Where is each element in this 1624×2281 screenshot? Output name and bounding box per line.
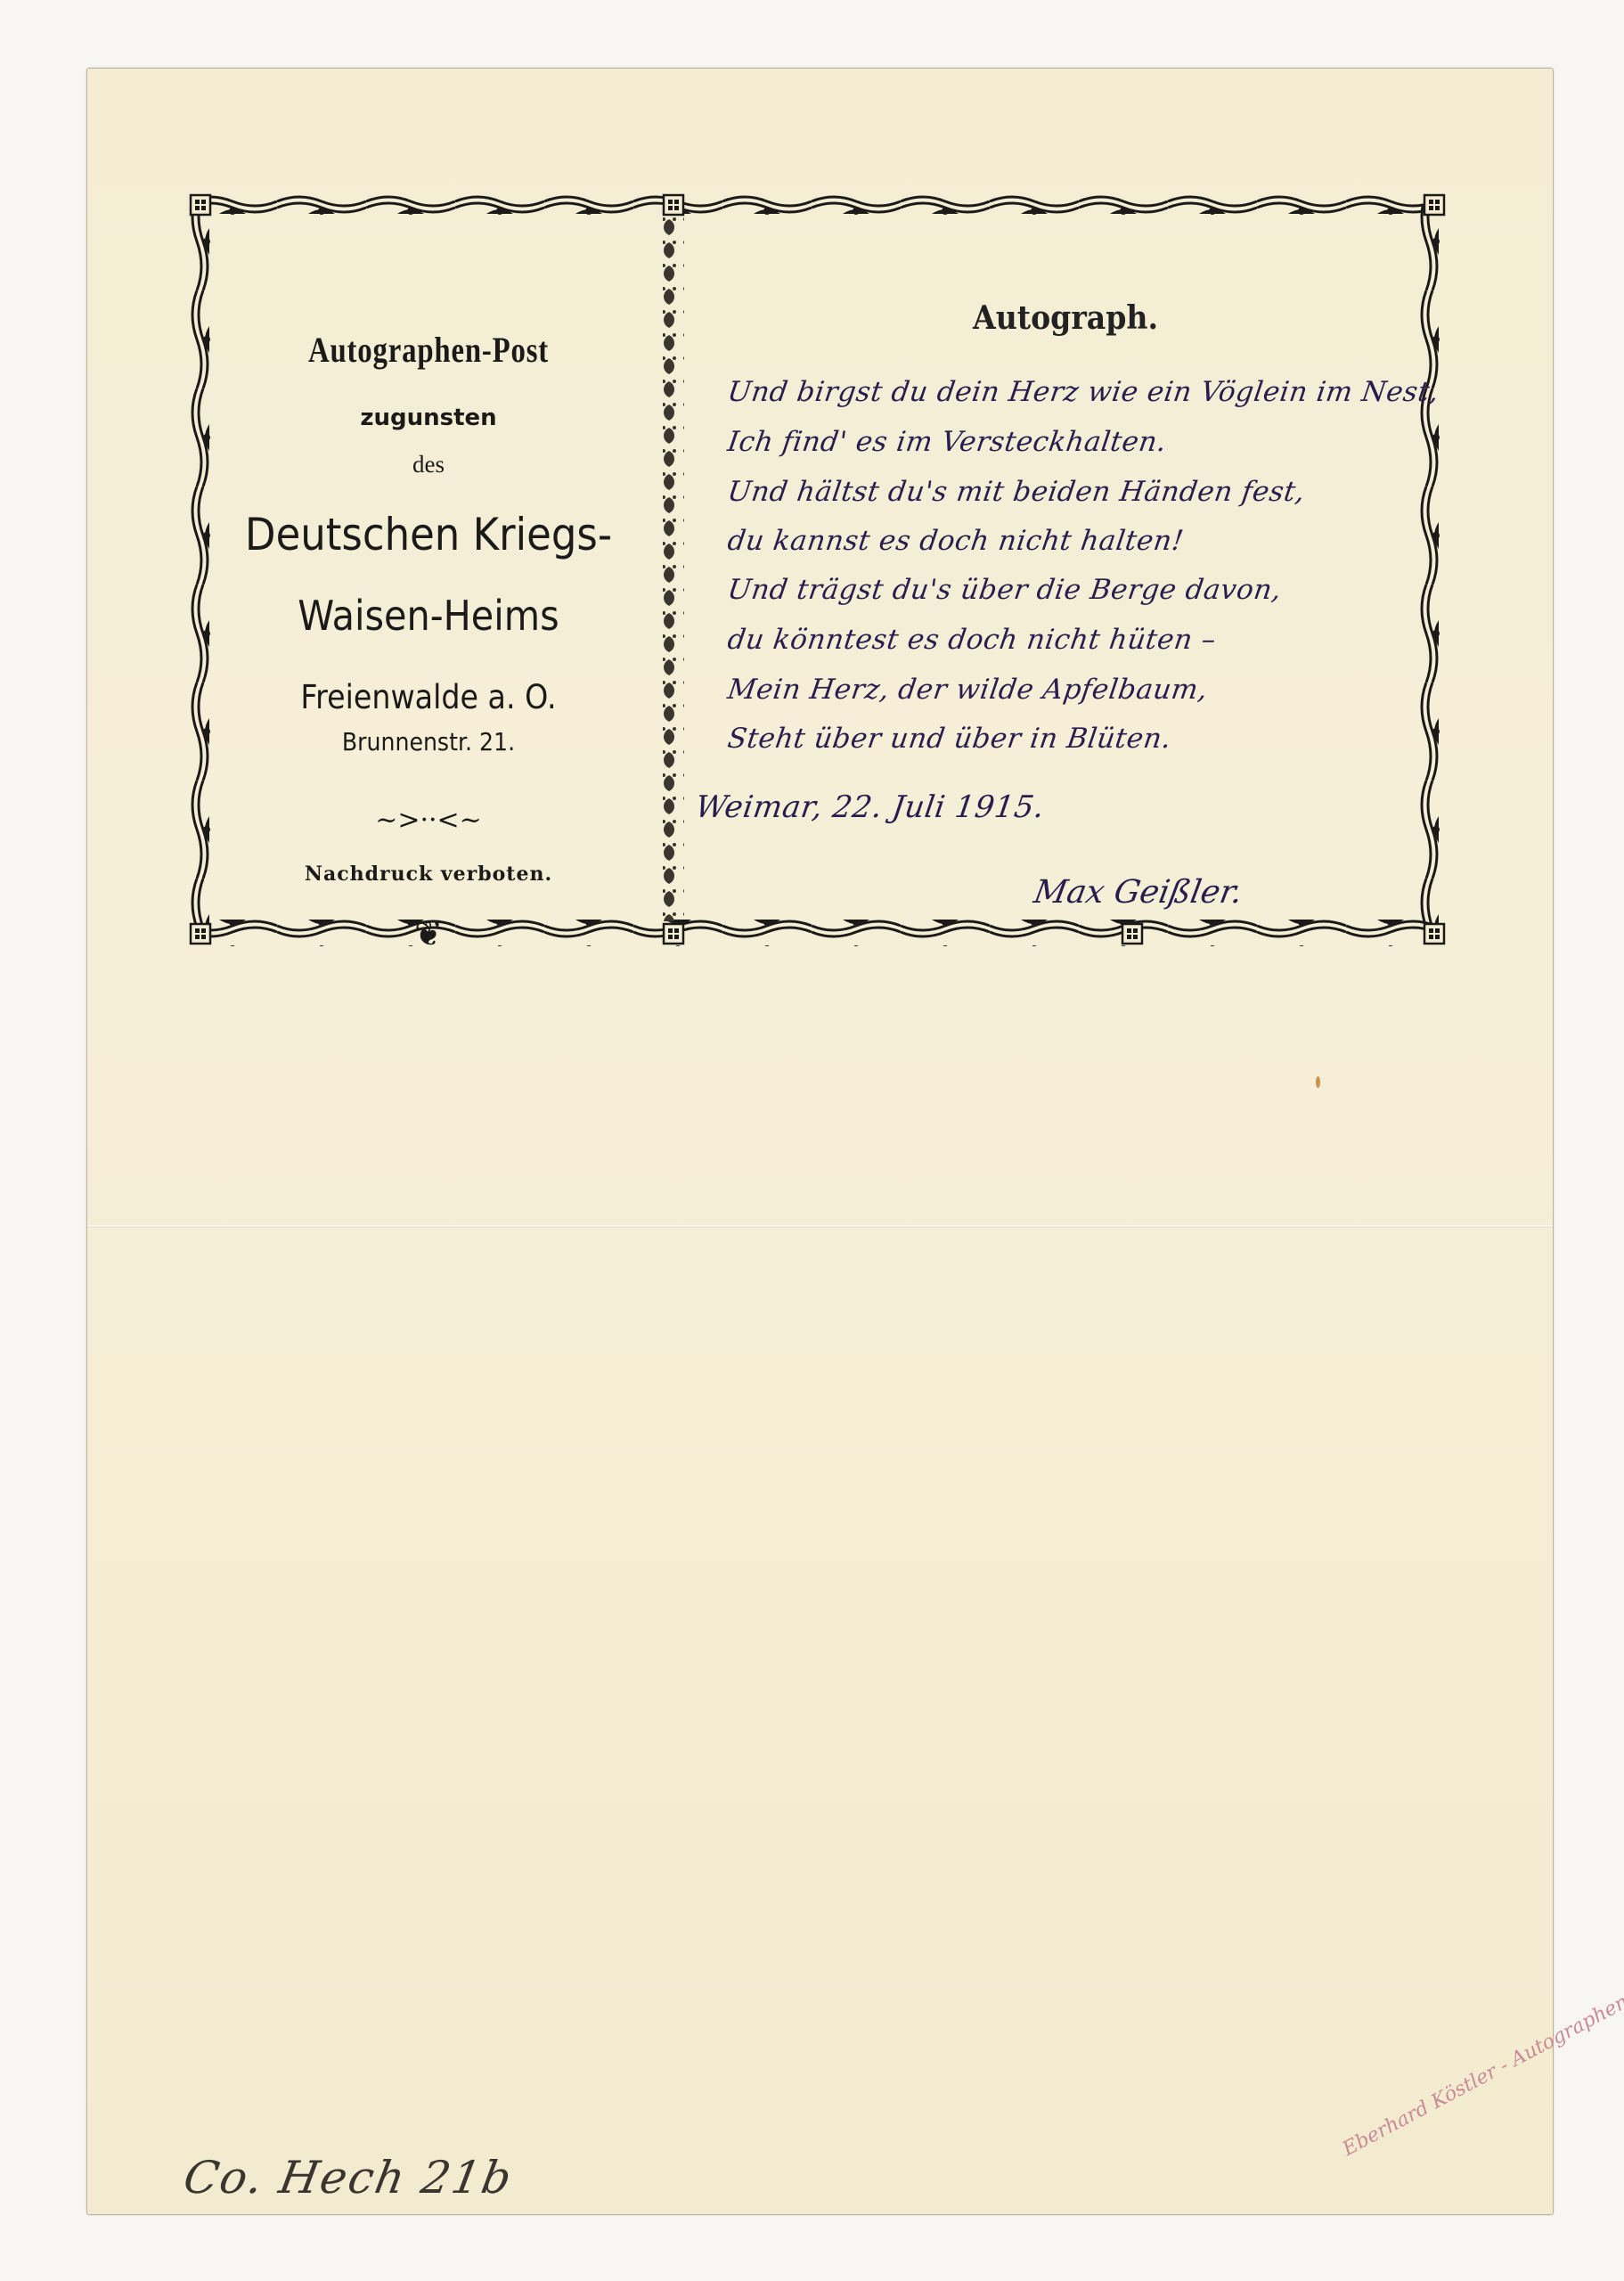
poem-line: Mein Herz, der wilde Apfelbaum,	[725, 674, 1209, 706]
letterhead-frame: Autographen-Post zugunsten des Deutschen…	[188, 192, 1447, 946]
signature: Max Geißler.	[1031, 874, 1245, 911]
poem-line: du kannst es doch nicht halten!	[725, 525, 1186, 557]
org-name-line2: Waisen-Heims	[212, 592, 645, 640]
letterhead-zugunsten: zugunsten	[188, 405, 669, 431]
acorn-ornament-icon: ❦	[188, 914, 669, 953]
letterhead-title: Autographen-Post	[232, 329, 626, 371]
org-name-line1: Deutschen Kriegs-	[212, 509, 645, 560]
poem-line: Steht über und über in Blüten.	[725, 723, 1173, 755]
scroll-ornament-icon: ~>··<~	[188, 805, 669, 836]
street-address: Brunnenstr. 21.	[212, 727, 645, 756]
poem-line: du könntest es doch nicht hüten –	[725, 624, 1218, 656]
poem-line: Und hältst du's mit beiden Händen fest,	[725, 476, 1307, 508]
fold-line	[87, 1225, 1553, 1228]
poem-line: Und birgst du dein Herz wie ein Vöglein …	[725, 376, 1440, 408]
poem-line: Und trägst du's über die Berge davon,	[725, 574, 1283, 606]
letterhead-des: des	[188, 451, 669, 478]
reprint-notice: Nachdruck verboten.	[188, 863, 669, 886]
letter-sheet: Autographen-Post zugunsten des Deutschen…	[86, 68, 1554, 2215]
poem-line: Ich find' es im Versteckhalten.	[725, 426, 1168, 458]
pencil-note: Co. Hech 21b	[180, 2152, 517, 2203]
place-date: Weimar, 22. Juli 1915.	[693, 789, 1047, 825]
autograph-heading: Autograph.	[717, 299, 1414, 337]
paper-stain	[1316, 1076, 1320, 1088]
city: Freienwalde a. O.	[212, 678, 645, 716]
